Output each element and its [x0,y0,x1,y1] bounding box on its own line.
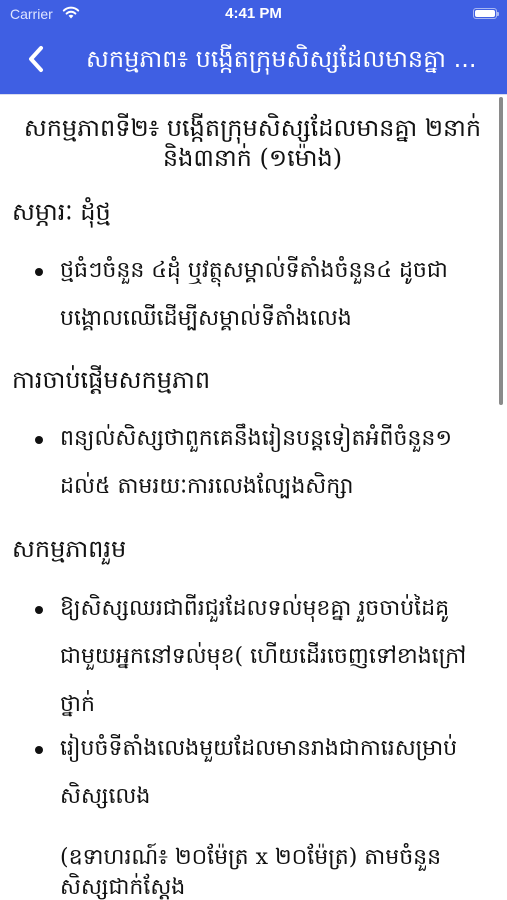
vertical-scrollbar[interactable] [499,97,503,405]
bullet-icon [35,606,43,614]
status-bar: Carrier 4:41 PM [0,0,507,28]
bullet-icon [35,746,43,754]
bullet-icon [35,436,43,444]
chevron-left-icon[interactable] [22,42,52,76]
nav-title: សកម្មភាព៖ បង្កើតក្រុមសិស្សដែលមានគ្នា ... [86,42,486,76]
list-item: ពន្យល់សិស្សថាពួកគេនឹងរៀនបន្តទៀតអំពីចំនួន… [35,415,485,511]
section-heading-materials: សម្ភារៈ ដុំថ្ម [12,195,111,229]
nav-row: សកម្មភាព៖ បង្កើតក្រុមសិស្សដែលមានគ្នា ... [0,28,507,93]
list-item: រៀបចំទីតាំងលេងមួយដែលមានរាងជាការេសម្រាប់ស… [35,725,485,821]
bullet-icon [35,268,43,276]
lesson-title: សកម្មភាពទី២៖ បង្កើតក្រុមសិស្សដែលមានគ្នា … [10,113,495,173]
list-item: ថ្មធំៗចំនួន ៤ដុំ ឬវត្ថុសម្គាល់ទីតាំងចំនួ… [35,247,485,343]
section-heading-start-activity: ការចាប់ផ្តើមសកម្មភាព [12,363,210,397]
battery-full-icon [473,8,497,19]
lesson-content[interactable]: សកម្មភាពទី២៖ បង្កើតក្រុមសិស្សដែលមានគ្នា … [0,95,507,900]
example-paragraph: (ឧទាហរណ៍៖ ២០ម៉ែត្រ x ២០ម៉ែត្រ) តាមចំនួនស… [60,843,485,900]
navigation-header: Carrier 4:41 PM សកម្មភាព៖ បង្កើតក្រុមសិស… [0,0,507,95]
list-item: ឱ្យសិស្សឈរជាពីរជួរដែលទល់មុខគ្នា រួចចាប់ដ… [35,585,485,729]
section-heading-group-activity: សកម្មភាពរួម [12,532,126,566]
clock: 4:41 PM [0,5,507,22]
